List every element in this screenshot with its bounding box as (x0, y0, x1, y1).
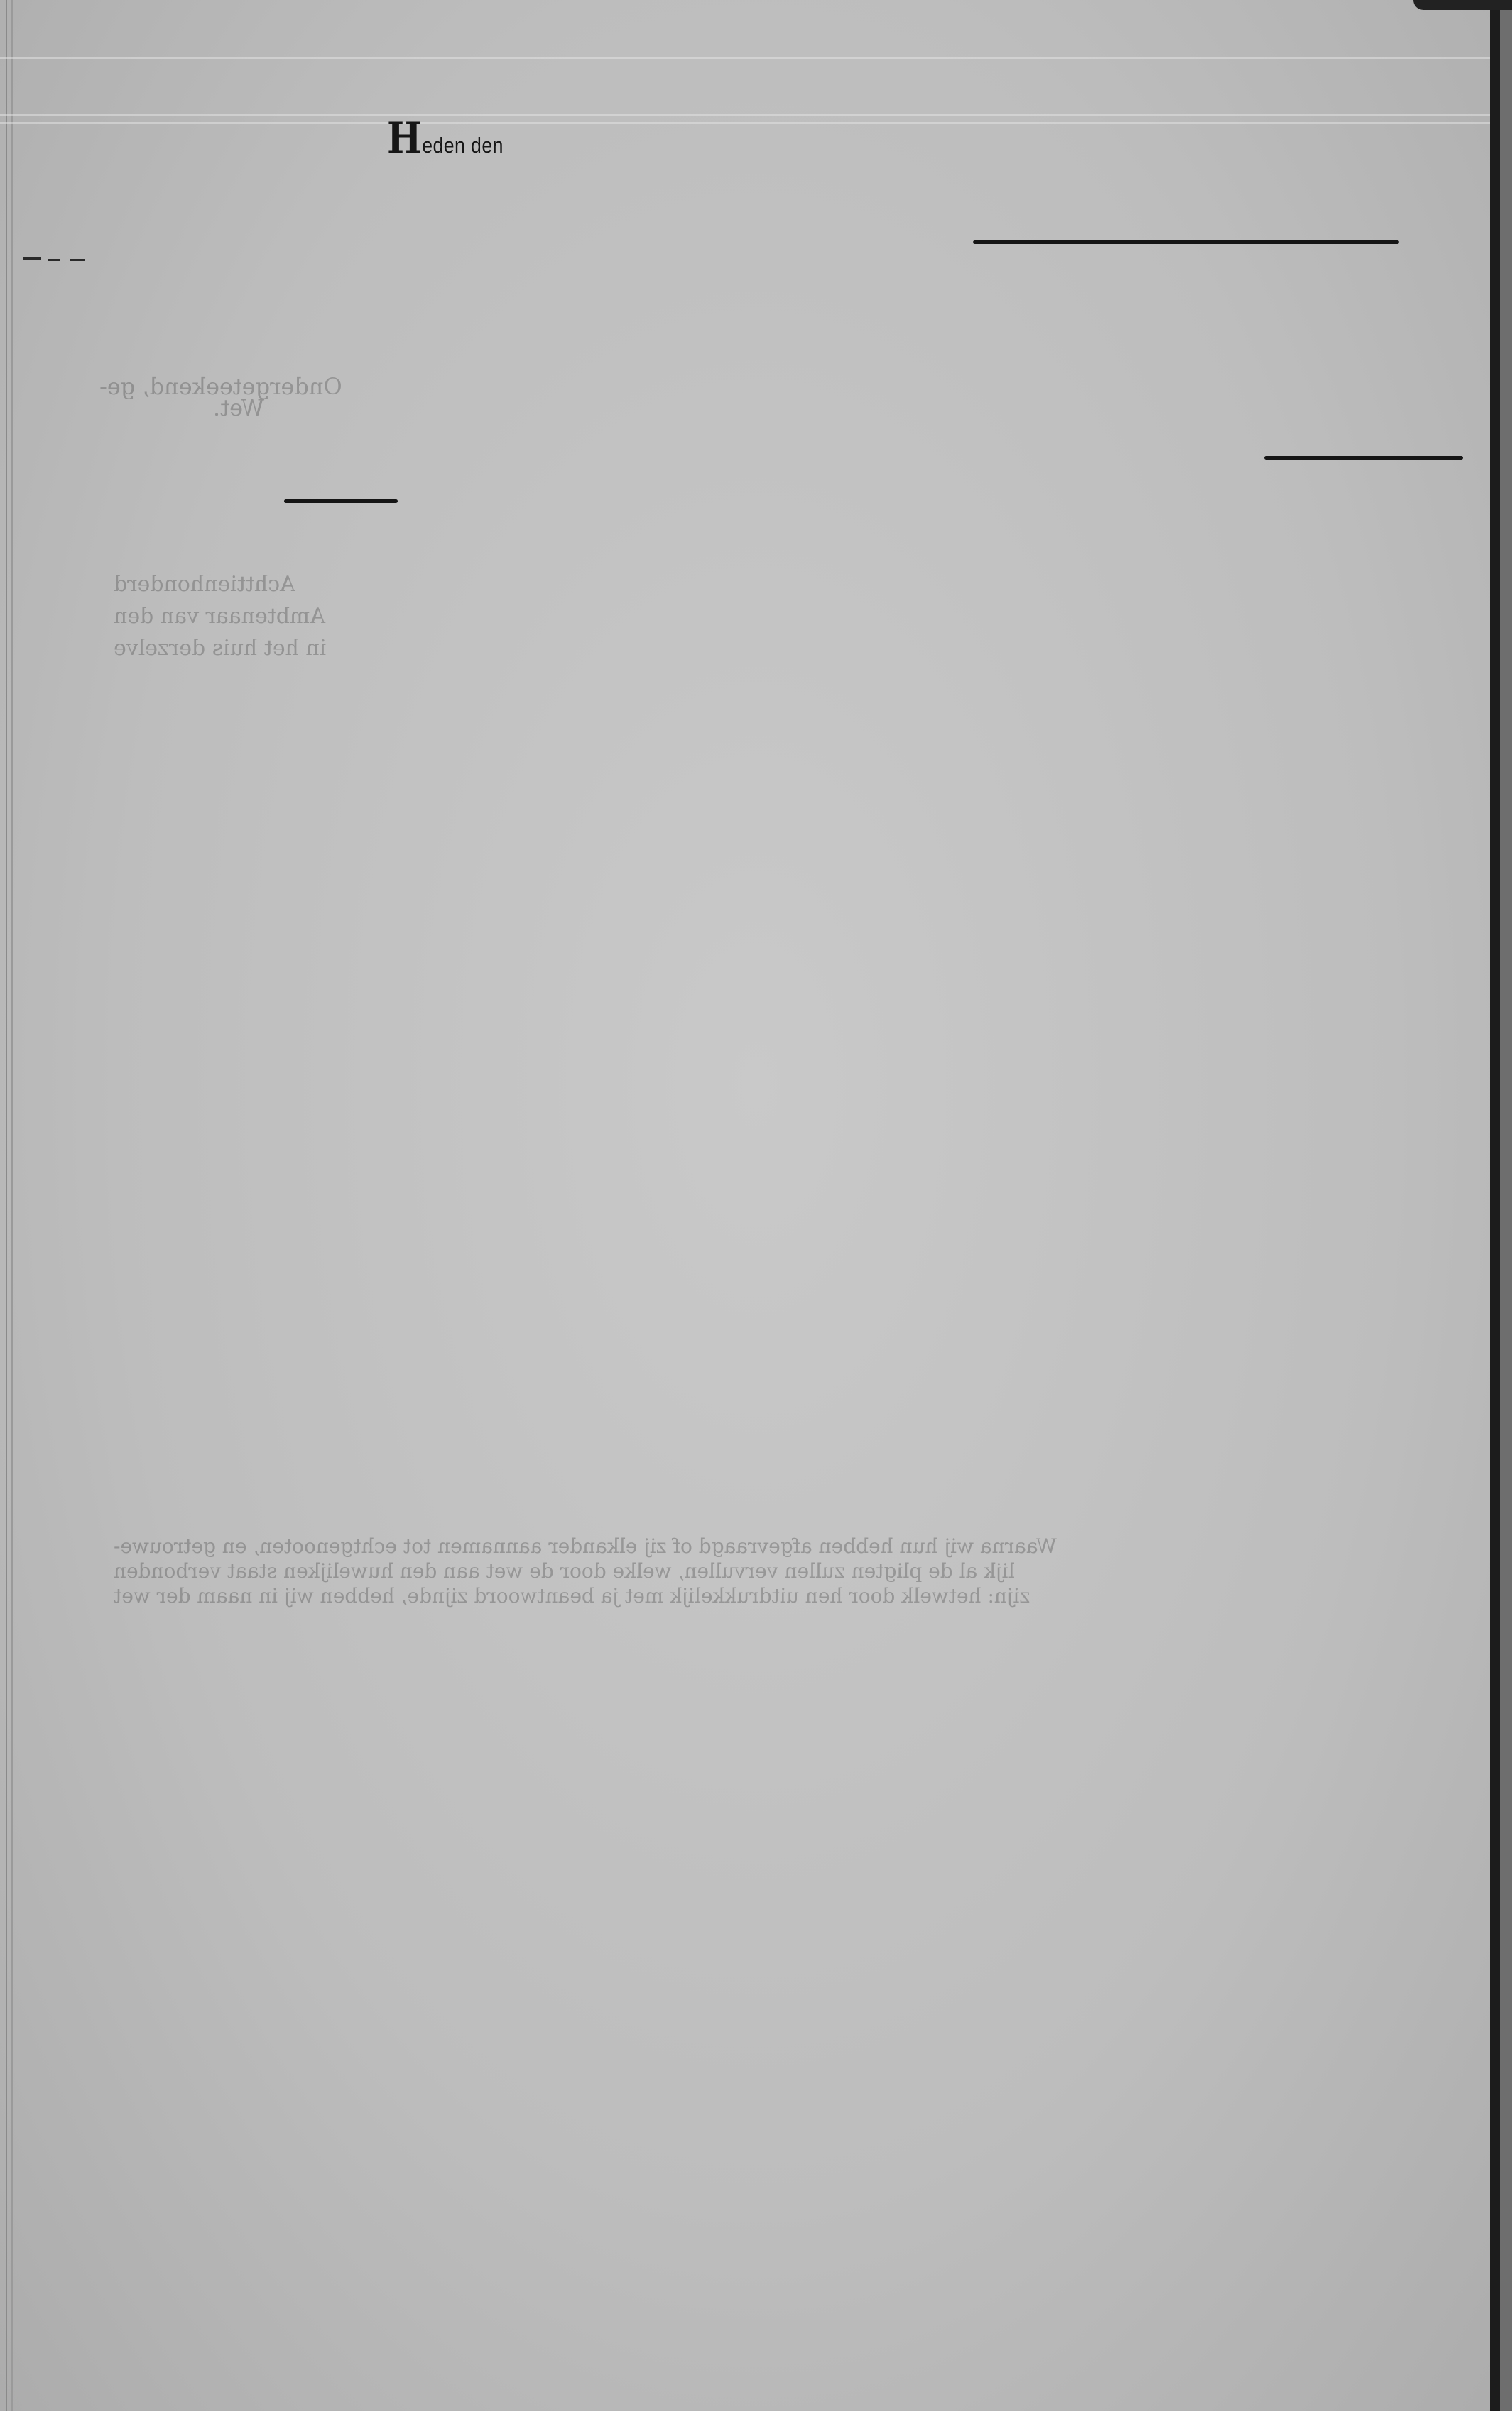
ghost-text: in het huis derzelve (114, 636, 326, 661)
document-page: Heden den Ondergeteekend, ge- Wet. Achtt… (0, 0, 1512, 2411)
top-corner-shadow (1413, 0, 1512, 10)
printed-heden-den: Heden den (387, 114, 504, 163)
ghost-text: Waarna wij hun hebben afgevraagd of zij … (114, 1534, 1057, 1558)
scan-artifact-line (0, 122, 1490, 124)
ghost-text: zijn: hetwelk door hen uitdrukkelijk met… (114, 1584, 1030, 1608)
bride-surname-underline (284, 499, 398, 503)
scan-artifact-line (0, 114, 1490, 116)
left-margin-rule (6, 0, 13, 2411)
groom-name-underline (973, 240, 1399, 244)
margin-mark (70, 259, 85, 261)
margin-mark (48, 259, 60, 261)
ghost-text: Ambtenaar van den (114, 604, 325, 629)
bride-firstname-underline (1264, 456, 1463, 460)
page-edge-shadow (1500, 0, 1512, 2411)
drop-cap-h: H (387, 114, 422, 163)
heden-den-rest: eden den (422, 133, 504, 158)
ghost-text: Wet. (213, 394, 264, 421)
scan-artifact-line (0, 57, 1490, 59)
binding-edge (1490, 0, 1500, 2411)
ghost-text: lijk al de pligten zullen vervullen, wel… (114, 1559, 1015, 1583)
margin-mark (23, 257, 41, 260)
ghost-text: Achttienhonderd (114, 572, 295, 597)
